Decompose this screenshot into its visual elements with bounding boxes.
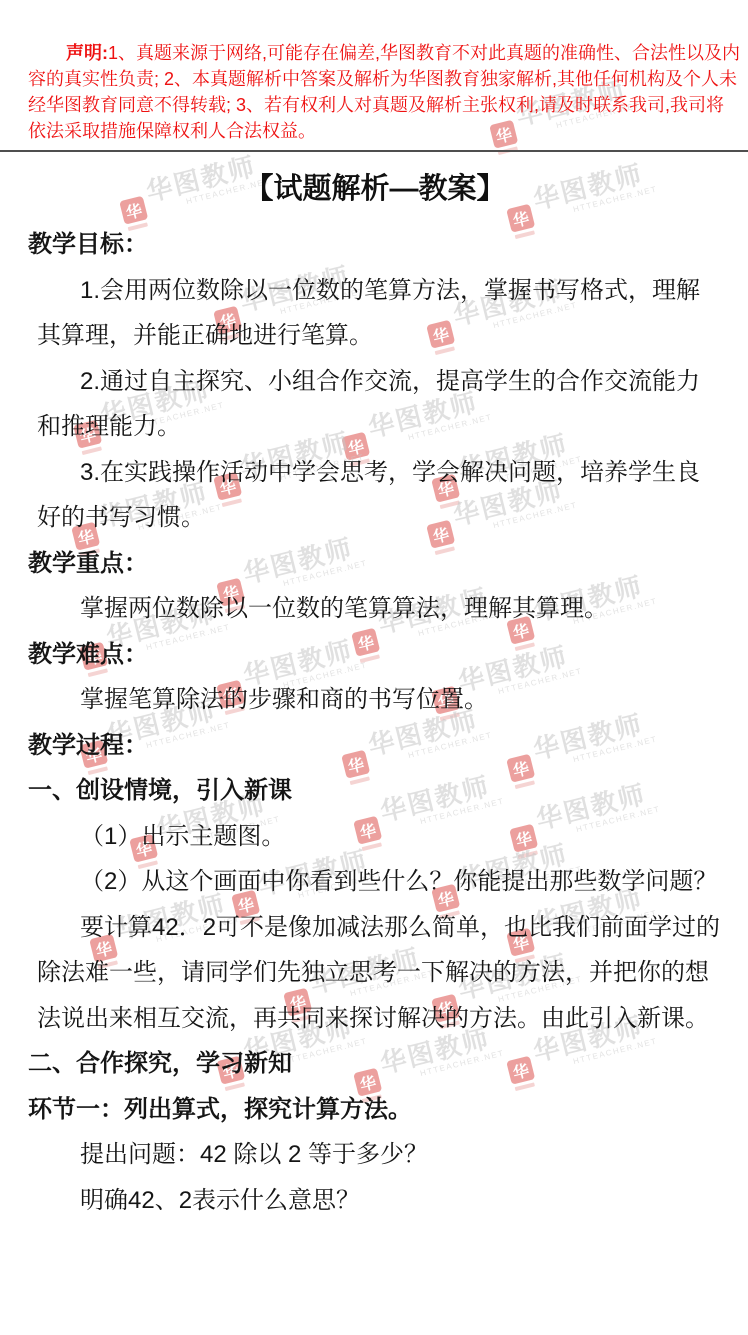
disclaimer: 声明:1、真题来源于网络,可能存在偏差,华图教育不对此真题的准确性、合法性以及内… xyxy=(28,0,722,144)
document-line: 2.通过自主探究、小组合作交流，提高学生的合作交流能力 xyxy=(80,359,722,405)
disclaimer-line: 经华图教育同意不得转载; 3、若有权利人对真题及解析主张权利,请及时联系我司,我… xyxy=(28,92,722,118)
disclaimer-label: 声明: xyxy=(66,43,108,63)
document-line: 要计算42．2可不是像加减法那么简单，也比我们前面学过的 xyxy=(80,905,722,951)
disclaimer-line: 依法采取措施保障权利人合法权益。 xyxy=(28,118,722,144)
document-line: 掌握两位数除以一位数的笔算算法，理解其算理。 xyxy=(80,586,722,632)
document-line: 掌握笔算除法的步骤和商的书写位置。 xyxy=(80,677,722,723)
document-page: 华 华图教师 HTTEACHER.NET 华 华图教师 HTTEACHER.NE… xyxy=(0,0,748,1335)
section-heading: 一、创设情境，引入新课 xyxy=(28,768,722,814)
lesson-plan-body: 教学目标：1.会用两位数除以一位数的笔算方法，掌握书写格式，理解其算理，并能正确… xyxy=(28,222,722,1223)
document-line: （1）出示主题图。 xyxy=(80,814,722,860)
document-line: 明确42、2表示什么意思？ xyxy=(80,1178,722,1224)
section-heading: 环节一：列出算式，探究计算方法。 xyxy=(28,1087,722,1133)
document-line: 1.会用两位数除以一位数的笔算方法，掌握书写格式，理解 xyxy=(80,268,722,314)
document-line: 提出问题：42 除以 2 等于多少？ xyxy=(80,1132,722,1178)
section-heading: 教学目标： xyxy=(28,222,722,268)
section-heading: 教学重点： xyxy=(28,541,722,587)
document-content: 声明:1、真题来源于网络,可能存在偏差,华图教育不对此真题的准确性、合法性以及内… xyxy=(0,0,748,1223)
document-line: 法说出来相互交流，再共同来探讨解决的方法。由此引入新课。 xyxy=(37,996,722,1042)
disclaimer-line: 声明:1、真题来源于网络,可能存在偏差,华图教育不对此真题的准确性、合法性以及内 xyxy=(28,40,722,66)
section-heading: 二、合作探究，学习新知 xyxy=(28,1041,722,1087)
document-line: 3.在实践操作活动中学会思考，学会解决问题，培养学生良 xyxy=(80,450,722,496)
section-heading: 教学难点： xyxy=(28,632,722,678)
document-line: 和推理能力。 xyxy=(37,404,722,450)
disclaimer-line: 容的真实性负责; 2、本真题解析中答案及解析为华图教育独家解析,其他任何机构及个… xyxy=(28,66,722,92)
disclaimer-text: 1、真题来源于网络,可能存在偏差,华图教育不对此真题的准确性、合法性以及内 xyxy=(108,43,740,63)
section-heading: 教学过程： xyxy=(28,723,722,769)
document-line: 除法难一些，请同学们先独立思考一下解决的方法，并把你的想 xyxy=(37,950,722,996)
page-title: 【试题解析—教案】 xyxy=(28,166,722,212)
separator-line xyxy=(0,150,748,152)
document-line: （2）从这个画面中你看到些什么？你能提出那些数学问题？ xyxy=(80,859,722,905)
document-line: 好的书写习惯。 xyxy=(37,495,722,541)
document-line: 其算理，并能正确地进行笔算。 xyxy=(37,313,722,359)
